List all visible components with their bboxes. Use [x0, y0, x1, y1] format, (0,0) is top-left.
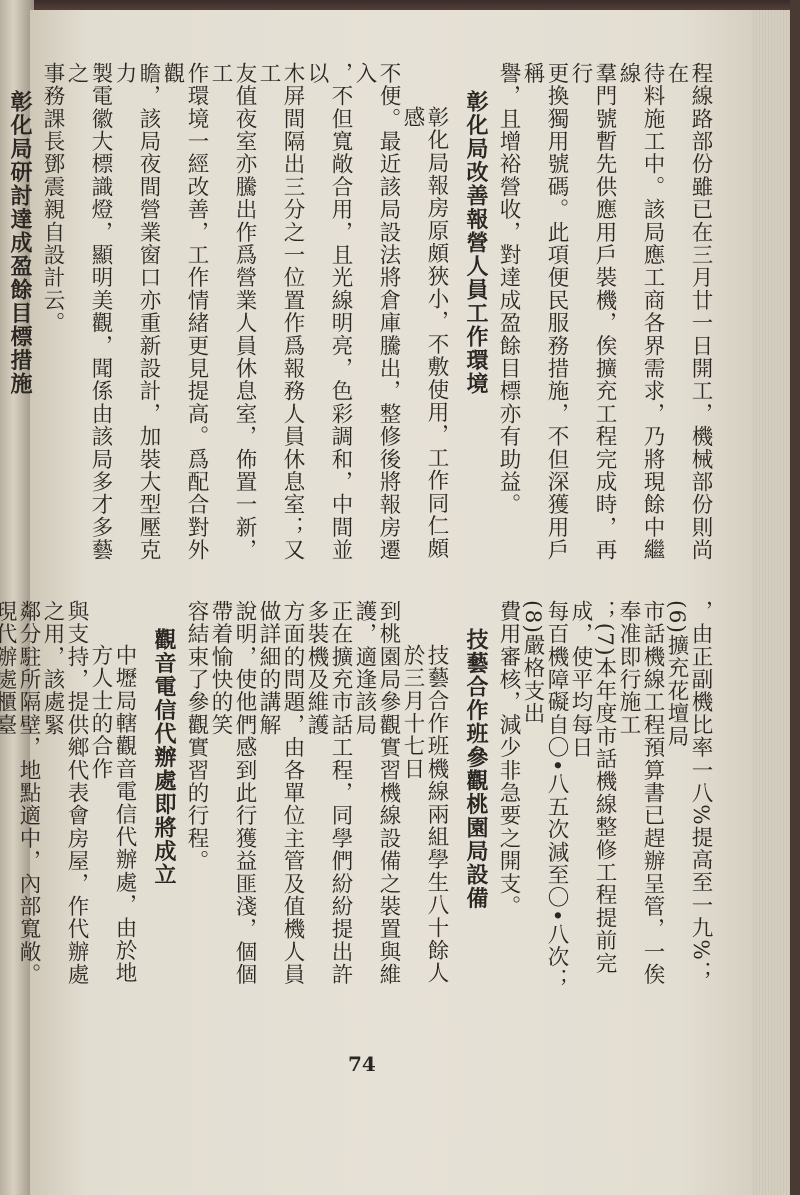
- text-line: 更換獨用號碼。此項便民服務措施，不但深獲用戶稱: [520, 62, 568, 562]
- article-heading-changhua-environment: 彰化局改善報營人員工作環境: [464, 62, 488, 562]
- article-heading-changhua-surplus: 彰化局研討達成盈餘目標措施: [8, 62, 32, 562]
- continuation-paragraph-top: 程線路部份雖已在三月廿一日開工，機械部份則尚在 待料施工中。該局應工商各界需求，…: [496, 62, 712, 562]
- text-line: 彰化局報房原頗狹小，不敷使用，工作同仁頗感: [400, 62, 448, 562]
- text-line: ，不但寬敞合用，且光線明亮，色彩調和，中間並以: [304, 62, 352, 562]
- text-line: 作環境一經改善，工作情緒更見提高。爲配合對外觀: [160, 62, 208, 562]
- text-line: 到桃園局參觀實習機線設備之裝置與維護，適逢該局: [352, 600, 400, 1000]
- text-line: ，由正副機比率一八%提高至一九%；(6)擴充花壇局: [664, 600, 712, 1000]
- article-body-guanyin-agency: 中壢局轄觀音電信代辦處，由於地方人士的合作 與支持，提供鄉代表會房屋，作代辦處之…: [0, 600, 136, 1000]
- text-line: 譽，且增裕營收，對達成盈餘目標亦有助益。: [496, 62, 520, 562]
- text-line: 待料施工中。該局應工商各界需求，乃將現餘中繼線: [616, 62, 664, 562]
- text-line: 每百機障礙自〇•八五次減至〇•八次；(8)嚴格支出: [520, 600, 568, 1000]
- text-line: 費用審核，減少非急要之開支。: [496, 600, 520, 1000]
- article-body-taoyuan-visit: 技藝合作班機線兩組學生八十餘人於三月十七日 到桃園局參觀實習機線設備之裝置與維護…: [184, 600, 448, 1000]
- text-line: 中壢局轄觀音電信代辦處，由於地方人士的合作: [88, 600, 136, 1000]
- text-line: 與支持，提供鄉代表會房屋，作代辦處之用，該處緊: [40, 600, 88, 1000]
- text-line: 製電徽大標識燈，顯明美觀，聞係由該局多才多藝之: [64, 62, 112, 562]
- text-line: 正在擴充市話工程，同學們紛紛提出許多裝機及維護: [304, 600, 352, 1000]
- text-line: 鄰分駐所隔壁，地點適中，內部寬敞。現代辦處櫃臺: [0, 600, 40, 1000]
- article-body-changhua-environment: 彰化局報房原頗狹小，不敷使用，工作同仁頗感 不便。最近該局設法將倉庫騰出，整修後…: [40, 62, 448, 562]
- text-line: 說明，使他們感到此行獲益匪淺，個個帶着愉快的笑: [208, 600, 256, 1000]
- top-section: 程線路部份雖已在三月廿一日開工，機械部份則尚在 待料施工中。該局應工商各界需求，…: [12, 62, 712, 562]
- bottom-section: ，由正副機比率一八%提高至一九%；(6)擴充花壇局 市話機線工程預算書已趕辦呈管…: [12, 600, 712, 1000]
- page-number: 74: [348, 1052, 376, 1076]
- text-line: 技藝合作班機線兩組學生八十餘人於三月十七日: [400, 600, 448, 1000]
- article-heading-taoyuan-visit: 技藝合作班參觀桃園局設備: [464, 600, 488, 1000]
- text-line: 瞻，該局夜間營業窗口亦重新設計，加裝大型壓克力: [112, 62, 160, 562]
- text-line: 友值夜室亦騰出作爲營業人員休息室，佈置一新，工: [208, 62, 256, 562]
- text-line: 容結束了參觀實習的行程。: [184, 600, 208, 1000]
- text-line: 方面的問題，由各單位主管及值機人員做詳細的講解: [256, 600, 304, 1000]
- text-line: 羣門號暫先供應用戶裝機，俟擴充工程完成時，再行: [568, 62, 616, 562]
- text-line: 程線路部份雖已在三月廿一日開工，機械部份則尚在: [664, 62, 712, 562]
- text-line: 木屏間隔出三分之一位置作爲報務人員休息室；又工: [256, 62, 304, 562]
- continuation-paragraph-bottom: ，由正副機比率一八%提高至一九%；(6)擴充花壇局 市話機線工程預算書已趕辦呈管…: [496, 600, 712, 1000]
- article-heading-guanyin-agency: 觀音電信代辦處即將成立: [152, 600, 176, 1000]
- text-line: ；(7)本年度市話機線整修工程提前完成，使平均每日: [568, 600, 616, 1000]
- text-line: 市話機線工程預算書已趕辦呈管，一俟奉准即行施工: [616, 600, 664, 1000]
- book-cover-right: [790, 0, 800, 1195]
- text-line: 事務課長鄧震親自設計云。: [40, 62, 64, 562]
- text-line: 不便。最近該局設法將倉庫騰出，整修後將報房遷入: [352, 62, 400, 562]
